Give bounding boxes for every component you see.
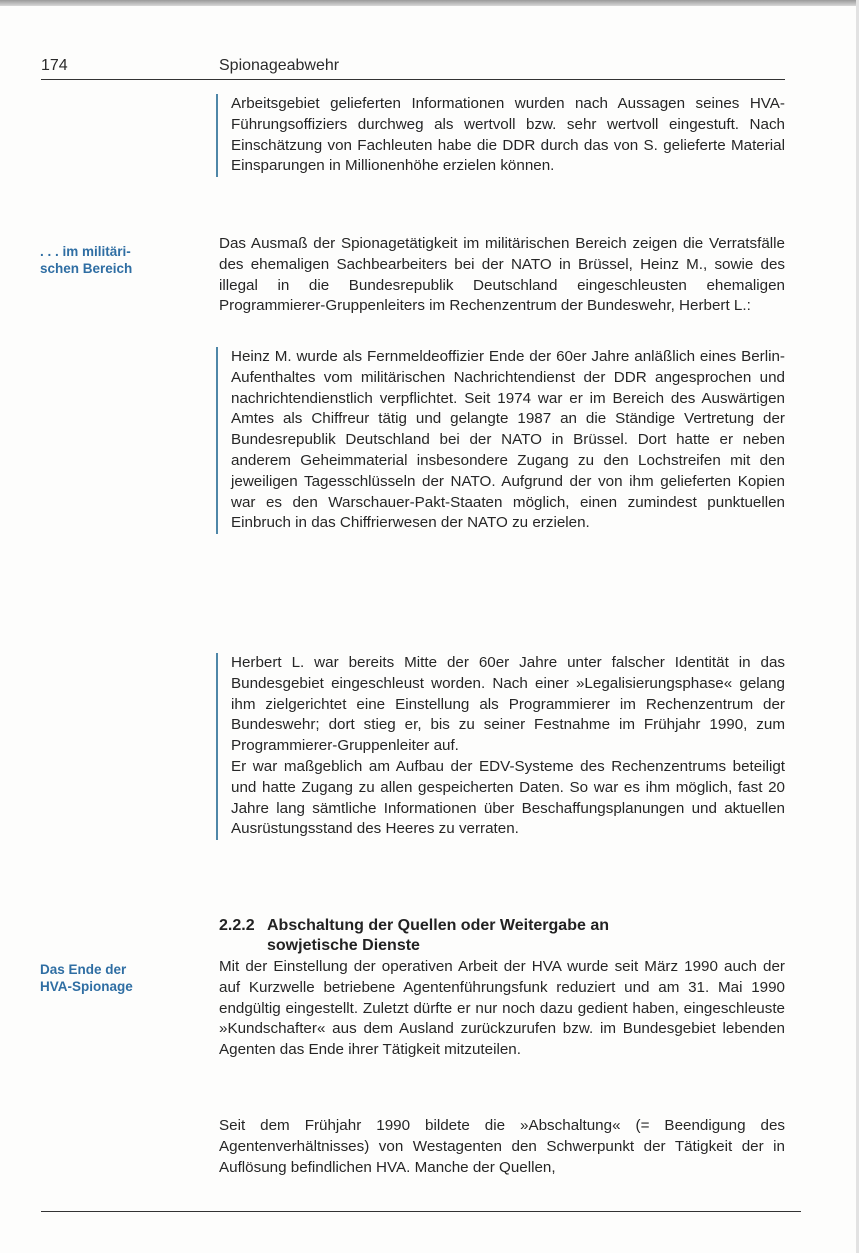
section-title-line: sowjetische Dienste (219, 936, 785, 956)
quote-text: Herbert L. war bereits Mitte der 60er Ja… (231, 653, 785, 757)
paragraph-abschaltung: Seit dem Frühjahr 1990 bildete die »Absc… (219, 1116, 785, 1178)
margin-note-line: HVA-Spionage (40, 978, 180, 995)
paragraph-end-hva: Mit der Einstellung der operativen Arbei… (219, 957, 785, 1061)
paragraph-military: Das Ausmaß der Spionagetätigkeit im mili… (219, 234, 785, 317)
running-title: Spionageabwehr (219, 57, 339, 75)
quote-block-herbert: Herbert L. war bereits Mitte der 60er Ja… (216, 653, 785, 840)
margin-note-military: . . . im militäri- schen Bereich (40, 243, 180, 277)
margin-note-line: Das Ende der (40, 961, 180, 978)
section-heading: 2.2.2Abschaltung der Quellen oder Weiter… (219, 916, 785, 956)
page-header: 174 Spionageabwehr (41, 51, 785, 80)
quote-block-heinz: Heinz M. wurde als Fernmeldeoffizier End… (216, 347, 785, 534)
quote-text: Heinz M. wurde als Fernmeldeoffizier End… (231, 347, 785, 534)
quote-text: Er war maßgeblich am Aufbau der EDV-Syst… (231, 757, 785, 840)
margin-note-line: schen Bereich (40, 260, 180, 277)
quote-block-intro: Arbeitsgebiet gelieferten Informationen … (216, 94, 785, 177)
footer-rule (41, 1211, 801, 1212)
section-number: 2.2.2 (219, 916, 267, 936)
quote-text: Arbeitsgebiet gelieferten Informationen … (231, 94, 785, 177)
page-number: 174 (41, 57, 68, 75)
margin-note-end-hva: Das Ende der HVA-Spionage (40, 961, 180, 995)
margin-note-line: . . . im militäri- (40, 243, 180, 260)
scan-top-shadow (0, 0, 859, 6)
section-title-line: Abschaltung der Quellen oder Weitergabe … (267, 917, 609, 934)
